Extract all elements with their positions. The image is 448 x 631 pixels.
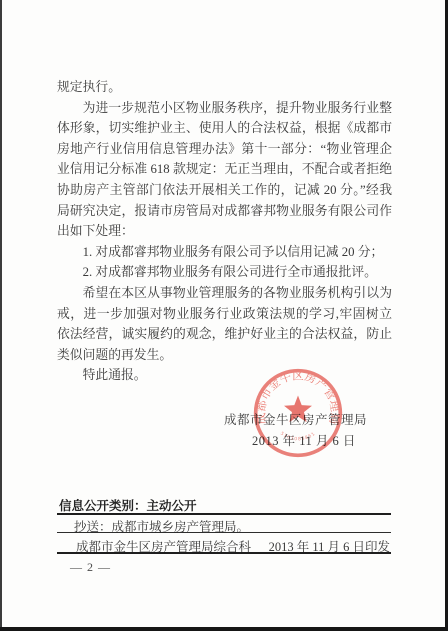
- footer-divider-middle: [57, 532, 391, 533]
- page-number: — 2 —: [70, 560, 111, 575]
- footer-divider-bottom: [57, 552, 391, 554]
- disclosure-category-label: 信息公开类别：主动公开: [59, 496, 197, 514]
- scanned-document-page: 规定执行。 为进一步规范小区物业服务秩序，提升物业服务行业整体形象，切实维护业主…: [0, 0, 448, 631]
- scan-edge-bottom: [0, 627, 448, 631]
- paragraph-item-2: 2. 对成都睿邦物业服务有限公司进行全市通报批评。: [57, 262, 392, 283]
- paragraph-main: 为进一步规范小区物业服务秩序，提升物业服务行业整体形象，切实维护业主、使用人的合…: [57, 98, 392, 242]
- document-body: 规定执行。 为进一步规范小区物业服务秩序，提升物业服务行业整体形象，切实维护业主…: [57, 77, 392, 386]
- seal-star-icon: [284, 396, 312, 423]
- official-seal: 成都市金牛区房产管理局 5101085851: [252, 367, 344, 459]
- paragraph-continuation: 规定执行。: [57, 77, 392, 98]
- footer-divider-top: [57, 513, 391, 515]
- paragraph-item-1: 1. 对成都睿邦物业服务有限公司予以信用记减 20 分；: [57, 242, 392, 263]
- paragraph-hope: 希望在本区从事物业管理服务的各物业服务机构引以为戒，进一步加强对物业服务行业政策…: [57, 283, 392, 365]
- scan-edge-left: [0, 0, 2, 631]
- seal-serial-number: 5101085851: [279, 431, 317, 443]
